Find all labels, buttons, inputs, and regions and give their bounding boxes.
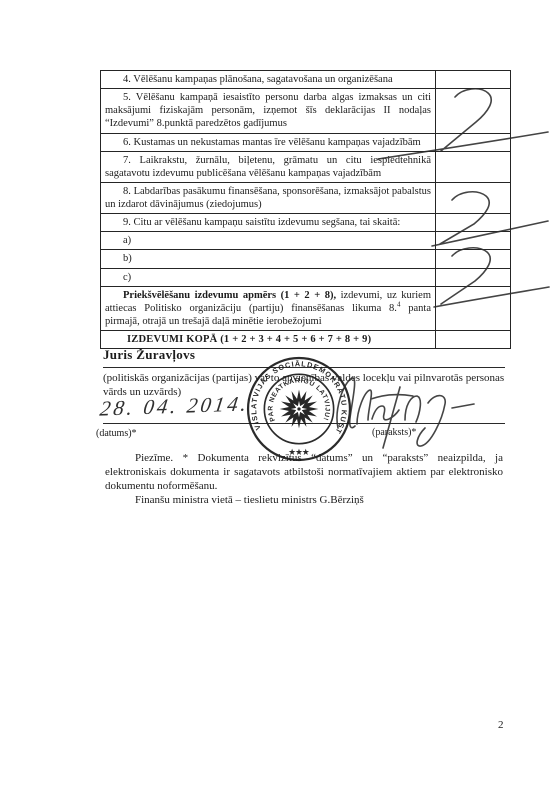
row-5-text: 5. Vēlēšanu kampaņā iesaistīto personu d… xyxy=(101,89,436,133)
table-row: 6. Kustamas un nekustamas mantas īre vēl… xyxy=(101,133,511,151)
row-8-value-cell xyxy=(436,182,511,213)
table-row: Priekšvēlēšanu izdevumu apmērs (1 + 2 + … xyxy=(101,286,511,330)
total-value-cell xyxy=(436,331,511,349)
footnote-text: Piezīme. * Dokumenta rekvizītus “datums”… xyxy=(105,451,503,493)
row-4-value-cell xyxy=(436,71,511,89)
name-caption-line1: (politiskās organizācijas (partijas) vai… xyxy=(103,372,513,386)
row-6-value-cell xyxy=(436,133,511,151)
signature-label: (paraksts)* xyxy=(372,427,416,438)
row-9-value-cell xyxy=(436,214,511,232)
row-9c-value-cell xyxy=(436,268,511,286)
row-8-text: 8. Labdarības pasākumu finansēšana, spon… xyxy=(101,182,436,213)
row-4-text: 4. Vēlēšanu kampaņas plānošana, sagatavo… xyxy=(101,71,436,89)
summary-value-cell xyxy=(436,286,511,330)
table-row: b) xyxy=(101,250,511,268)
table-row: 8. Labdarības pasākumu finansēšana, spon… xyxy=(101,182,511,213)
signer-name: Juris Žuravļovs xyxy=(103,347,195,363)
stamp-center-dot xyxy=(297,407,300,410)
row-9-text: 9. Citu ar vēlēšanu kampaņu saistītu izd… xyxy=(101,214,436,232)
row-7-value-cell xyxy=(436,151,511,182)
date-signature-line xyxy=(103,423,505,424)
table-row: 5. Vēlēšanu kampaņā iesaistīto personu d… xyxy=(101,89,511,133)
table-row: 9. Citu ar vēlēšanu kampaņu saistītu izd… xyxy=(101,214,511,232)
row-7-text: 7. Laikrakstu, žurnālu, biļetenu, grāmat… xyxy=(101,151,436,182)
stamp-star-inner xyxy=(291,401,307,417)
date-label: (datums)* xyxy=(96,428,137,439)
table-row: a) xyxy=(101,232,511,250)
table-row: IZDEVUMI KOPĀ (1 + 2 + 3 + 4 + 5 + 6 + 7… xyxy=(101,331,511,349)
total-row-text: IZDEVUMI KOPĀ (1 + 2 + 3 + 4 + 5 + 6 + 7… xyxy=(101,331,436,349)
row-6-text: 6. Kustamas un nekustamas mantas īre vēl… xyxy=(101,133,436,151)
footnote-block: Piezīme. * Dokumenta rekvizītus “datums”… xyxy=(105,451,503,507)
table-row: 7. Laikrakstu, žurnālu, biļetenu, grāmat… xyxy=(101,151,511,182)
name-underline xyxy=(103,367,505,368)
expense-declaration-table: 4. Vēlēšanu kampaņas plānošana, sagatavo… xyxy=(100,70,511,349)
page-number: 2 xyxy=(498,719,504,731)
handwritten-date: 28. 04. 2014. xyxy=(98,391,251,421)
row-9a-text: a) xyxy=(101,232,436,250)
footnote-signoff: Finanšu ministra vietā – tieslietu minis… xyxy=(105,493,503,507)
table-row: c) xyxy=(101,268,511,286)
scanned-declaration-page: { "page": { "number": "2" }, "table": { … xyxy=(0,0,553,788)
row-5-value-cell xyxy=(436,89,511,133)
row-9b-text: b) xyxy=(101,250,436,268)
summary-row-text: Priekšvēlēšanu izdevumu apmērs (1 + 2 + … xyxy=(101,286,436,330)
row-9a-value-cell xyxy=(436,232,511,250)
table-row: 4. Vēlēšanu kampaņas plānošana, sagatavo… xyxy=(101,71,511,89)
summary-lead: Priekšvēlēšanu izdevumu apmērs (1 + 2 + … xyxy=(123,290,336,301)
row-9c-text: c) xyxy=(101,268,436,286)
row-9b-value-cell xyxy=(436,250,511,268)
